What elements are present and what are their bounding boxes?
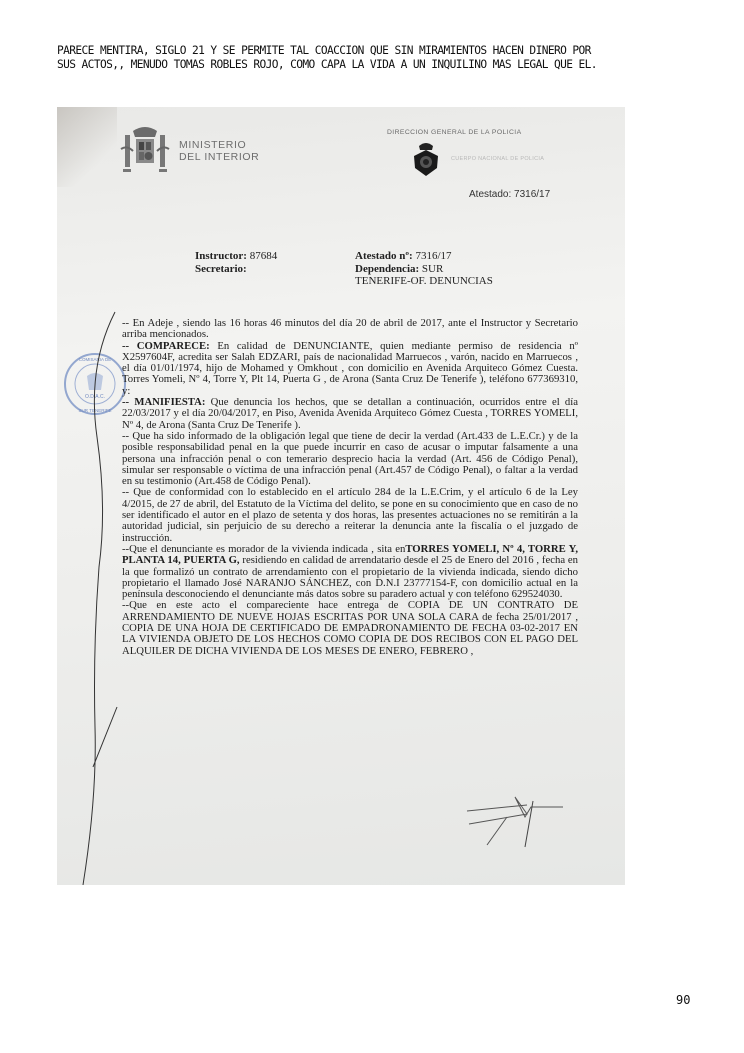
paragraph-legal-obligation: -- Que ha sido informado de la obligació… xyxy=(122,431,578,487)
ministry-header: MINISTERIO DEL INTERIOR xyxy=(119,123,259,179)
manifiesta-label: -- MANIFIESTA: xyxy=(122,396,205,408)
dependencia-value: SUR xyxy=(419,263,443,275)
police-directorate-title: DIRECCION GENERAL DE LA POLICIA xyxy=(387,129,587,136)
police-corps-subtitle: CUERPO NACIONAL DE POLICIA xyxy=(451,156,544,162)
ministry-line-2: DEL INTERIOR xyxy=(179,151,259,163)
paragraph-tenancy: --Que el denunciante es morador de la vi… xyxy=(122,544,578,600)
oficina-value: TENERIFE-OF. DENUNCIAS xyxy=(355,275,493,288)
instructor-value: 87684 xyxy=(247,250,277,262)
svg-text:SUR TENERIFE: SUR TENERIFE xyxy=(79,408,112,413)
paragraph-victim-statute: -- Que de conformidad con lo establecido… xyxy=(122,487,578,543)
paragraph-comparece: -- COMPARECE: En calidad de DENUNCIANTE,… xyxy=(122,341,578,397)
paragraph-intro: -- En Adeje , siendo las 16 horas 46 min… xyxy=(122,318,578,341)
paragraph-manifiesta: -- MANIFIESTA: Que denuncia los hechos, … xyxy=(122,397,578,431)
ministry-line-1: MINISTERIO xyxy=(179,139,259,151)
instructor-block: Instructor: 87684 Secretario: xyxy=(195,250,277,275)
atestado-value: 7316/17 xyxy=(413,250,452,262)
atestado-number-header: Atestado: 7316/17 xyxy=(469,189,550,200)
page-number: 90 xyxy=(676,993,690,1007)
svg-text:O.D.A.C.: O.D.A.C. xyxy=(85,394,105,400)
spain-coat-of-arms-icon xyxy=(119,123,171,179)
scanned-document-photo: MINISTERIO DEL INTERIOR DIRECCION GENERA… xyxy=(57,107,625,885)
atestado-block: Atestado nº: 7316/17 Dependencia: SUR TE… xyxy=(355,250,493,288)
paragraph-documents-delivered: --Que en este acto el compareciente hace… xyxy=(122,600,578,656)
page-caption: PARECE MENTIRA, SIGLO 21 Y SE PERMITE TA… xyxy=(57,44,707,72)
svg-text:COMISARIA DE: COMISARIA DE xyxy=(79,357,112,362)
complaint-body: -- En Adeje , siendo las 16 horas 46 min… xyxy=(122,318,578,657)
caption-line-2: SUS ACTOS,, MENUDO TOMAS ROBLES ROJO, CO… xyxy=(57,58,597,71)
police-header: DIRECCION GENERAL DE LA POLICIA CUERPO N… xyxy=(387,129,587,178)
caption-line-1: PARECE MENTIRA, SIGLO 21 Y SE PERMITE TA… xyxy=(57,44,591,57)
police-badge-icon xyxy=(411,140,441,178)
police-stamp-icon: O.D.A.C. COMISARIA DE SUR TENERIFE xyxy=(63,352,127,416)
secretario-label: Secretario: xyxy=(195,263,247,275)
dependencia-label: Dependencia: xyxy=(355,263,419,275)
atestado-label: Atestado nº: xyxy=(355,250,413,262)
comparece-label: -- COMPARECE: xyxy=(122,340,210,352)
instructor-label: Instructor: xyxy=(195,250,247,262)
